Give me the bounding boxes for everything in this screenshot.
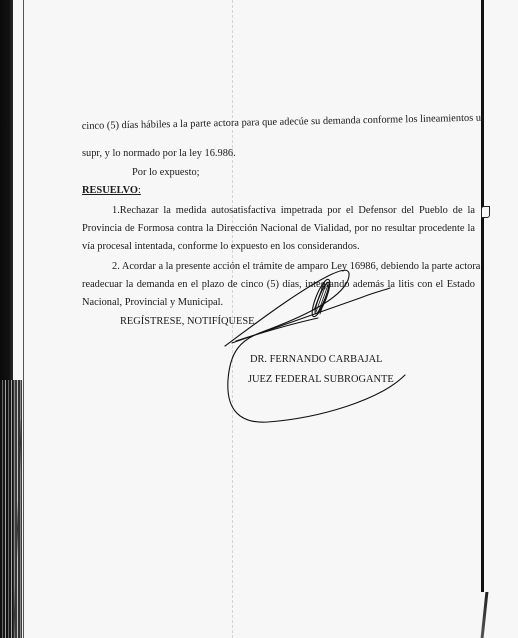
page-edge-right bbox=[481, 0, 484, 592]
closing-formula: REGÍSTRESE, NOTIFÍQUESE. bbox=[120, 311, 257, 333]
body-line-1: cinco (5) días hábiles a la parte actora… bbox=[82, 108, 480, 138]
item-1-line-3: vía procesal intentada, conforme lo expu… bbox=[82, 236, 360, 258]
resuelvo-heading: RESUELVO: bbox=[82, 180, 141, 202]
signer-name: DR. FERNANDO CARBAJAL bbox=[250, 349, 383, 371]
page-edge-right-tail bbox=[481, 592, 489, 638]
handwritten-signature bbox=[0, 0, 518, 638]
resuelvo-colon: : bbox=[138, 185, 141, 196]
signer-title: JUEZ FEDERAL SUBROGANTE bbox=[248, 369, 394, 391]
staple-mark bbox=[481, 206, 490, 218]
body-line-3: Por lo expuesto; bbox=[132, 162, 200, 184]
resuelvo-label: RESUELVO bbox=[82, 185, 138, 196]
page-edge-left bbox=[23, 0, 24, 638]
